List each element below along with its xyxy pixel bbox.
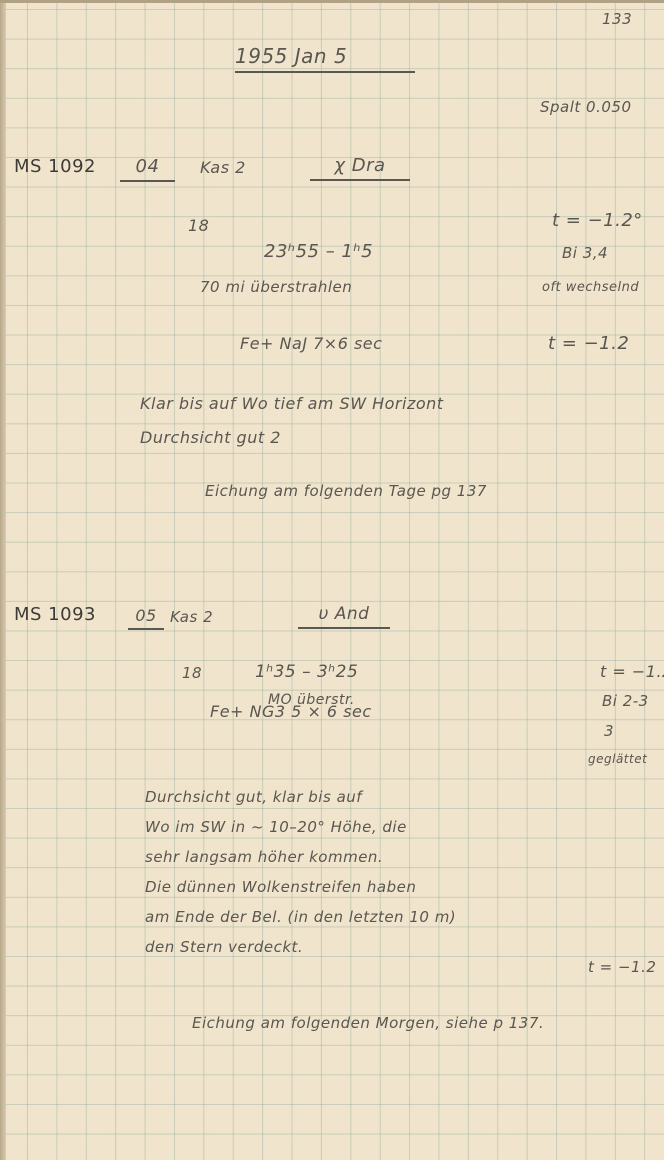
seeing-value: Bi 3,4 — [562, 244, 608, 262]
remark-line: Wo im SW in ~ 10–20° Höhe, die — [145, 812, 407, 842]
calibration-reference: Eichung am folgenden Tage pg 137 — [205, 482, 487, 500]
remark-line: Durchsicht gut 2 — [140, 428, 281, 447]
temperature-start: t = −1.2° — [552, 210, 643, 231]
remark-line: am Ende der Bel. (in den letzten 10 m) — [145, 902, 456, 932]
temperature-end: t = −1.2 — [588, 958, 656, 976]
seeing-note: geglättet — [588, 752, 647, 766]
camera: Kas 2 — [170, 608, 213, 626]
camera: Kas 2 — [200, 158, 246, 177]
instrument-setting: Fe+ NG3 5 × 6 sec — [210, 702, 372, 721]
seeing-note: oft wechselnd — [542, 280, 639, 295]
observation-note: 70 mi überstrahlen — [200, 278, 352, 296]
instrument-setting: Fe+ NaJ 7×6 sec — [240, 334, 382, 353]
page-number: 133 — [602, 10, 632, 28]
remark-line: Die dünnen Wolkenstreifen haben — [145, 872, 416, 902]
exposure-number: 18 — [188, 216, 209, 235]
spalt-setting: Spalt 0.050 — [540, 98, 632, 116]
time-range: 1ʰ35 – 3ʰ25 — [255, 662, 358, 682]
remark-line: sehr langsam höher kommen. — [145, 842, 383, 872]
plate-number: 04 — [120, 156, 175, 182]
time-range: 23ʰ55 – 1ʰ5 — [264, 241, 373, 262]
remark-line: den Stern verdeckt. — [145, 932, 303, 962]
notebook-page: 133 1955 Jan 5 Spalt 0.050 MS 1092 04 Ka… — [0, 0, 664, 1160]
entry-id: MS 1093 — [14, 604, 96, 625]
temperature: t = −1.2 — [600, 662, 664, 681]
object-name: χ Dra — [310, 155, 410, 181]
plate-number: 05 — [128, 606, 164, 630]
remark-line: Durchsicht gut, klar bis auf — [145, 782, 362, 812]
transparency-value: 3 — [604, 722, 614, 740]
entry-id: MS 1092 — [14, 156, 96, 177]
exposure-number: 18 — [182, 664, 202, 682]
calibration-reference: Eichung am folgenden Morgen, siehe p 137… — [192, 1014, 544, 1032]
object-name: υ And — [298, 604, 390, 629]
temperature-end: t = −1.2 — [548, 333, 629, 354]
seeing-value: Bi 2-3 — [602, 692, 649, 710]
remark-line: Klar bis auf Wo tief am SW Horizont — [140, 394, 444, 413]
page-date: 1955 Jan 5 — [235, 44, 415, 73]
